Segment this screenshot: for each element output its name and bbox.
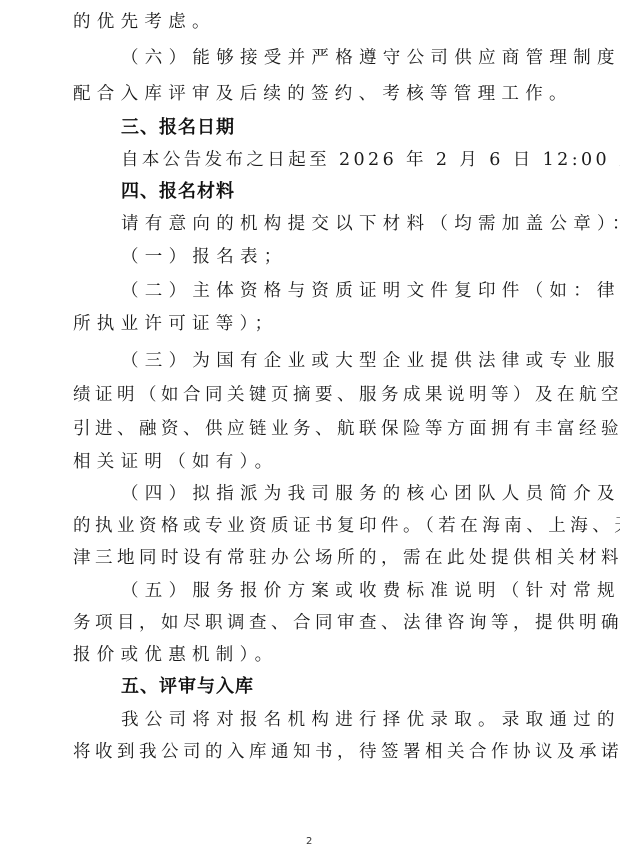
- text-line: 相关证明（如有）。: [73, 446, 278, 478]
- section-heading-date: 三、报名日期: [121, 112, 235, 144]
- text-line: （四）拟指派为我司服务的核心团队人员简介及其相应: [121, 478, 620, 510]
- text-line: 配合入库评审及后续的签约、考核等管理工作。: [73, 78, 573, 110]
- page-number: 2: [306, 836, 312, 847]
- text-line: （五）服务报价方案或收费标准说明（针对常规法律服: [121, 575, 620, 607]
- text-line: 将收到我公司的入库通知书，待签署相关合作协议及承诺函: [73, 736, 620, 768]
- text-line: 请有意向的机构提交以下材料（均需加盖公章）：: [121, 208, 620, 240]
- text-line: 所执业许可证等）；: [73, 308, 278, 340]
- text-line: 津三地同时设有常驻办公场所的，需在此处提供相关材料）: [73, 542, 620, 574]
- text-line: （一）报名表；: [121, 241, 288, 273]
- text-line: 引进、融资、供应链业务、航联保险等方面拥有丰富经验的: [73, 413, 620, 445]
- text-line: 务项目，如尽职调查、合同审查、法律咨询等，提供明确的: [73, 607, 620, 639]
- text-line: （二）主体资格与资质证明文件复印件（如：律师事务: [121, 275, 620, 307]
- text-line: 我公司将对报名机构进行择优录取。录取通过的机构，: [121, 704, 620, 736]
- text-line: 报价或优惠机制）。: [73, 639, 278, 671]
- text-line: 的执业资格或专业资质证书复印件。（若在海南、上海、天: [73, 510, 620, 542]
- text-line: 自本公告发布之日起至 2026 年 2 月 6 日 12:00 止。: [121, 144, 620, 176]
- section-heading-review: 五、评审与入库: [121, 671, 254, 703]
- text-line: 绩证明（如合同关键页摘要、服务成果说明等）及在航空器: [73, 379, 620, 411]
- section-heading-materials: 四、报名材料: [121, 176, 235, 208]
- text-line: （六）能够接受并严格遵守公司供应商管理制度，积极: [121, 42, 620, 74]
- text-line: （三）为国有企业或大型企业提供法律或专业服务的业: [121, 345, 620, 377]
- text-line: 的优先考虑。: [73, 6, 216, 38]
